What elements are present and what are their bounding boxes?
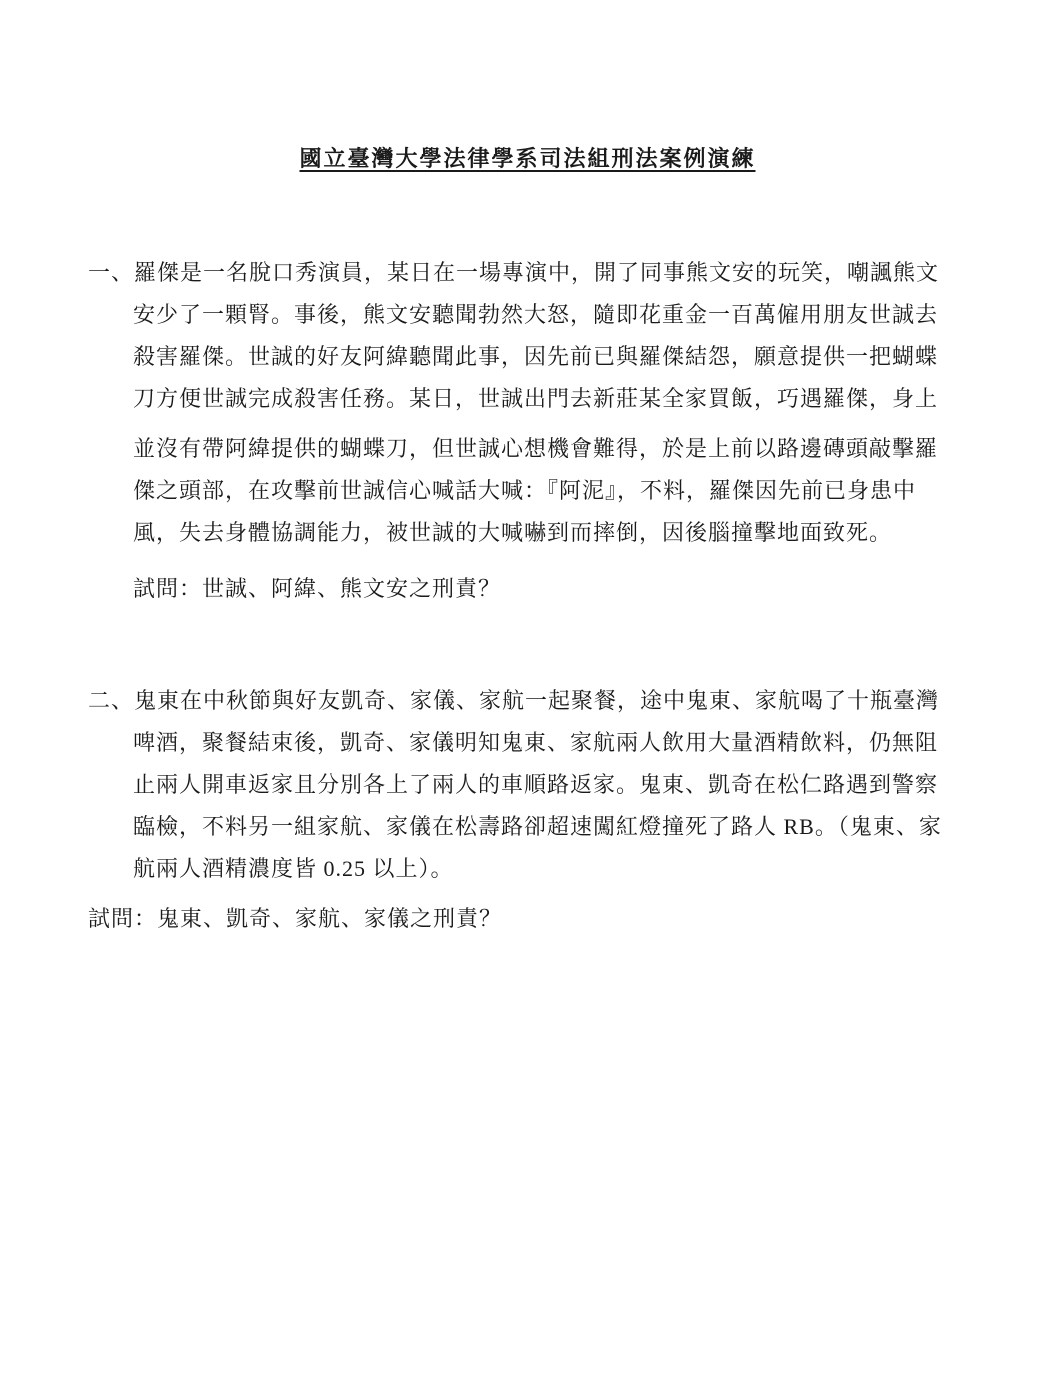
case2-question: 試問：鬼東、凱奇、家航、家儀之刑責？ — [88, 898, 988, 940]
document-page: 國立臺灣大學法律學系司法組刑法案例演練 一、羅傑是一名脫口秀演員，某日在一場專演… — [0, 0, 1055, 1377]
case2-line: 航兩人酒精濃度皆 0.25 以上）。 — [88, 848, 988, 890]
case1-question: 試問：世誠、阿緯、熊文安之刑責？ — [88, 568, 988, 610]
case1-line: 刀方便世誠完成殺害任務。某日，世誠出門去新莊某全家買飯，巧遇羅傑，身上 — [88, 378, 988, 420]
case2-line: 啤酒，聚餐結束後，凱奇、家儀明知鬼東、家航兩人飲用大量酒精飲料，仍無阻 — [88, 722, 988, 764]
case1-line: 並沒有帶阿緯提供的蝴蝶刀，但世誠心想機會難得，於是上前以路邊磚頭敲擊羅 — [88, 428, 988, 470]
document-body: 一、羅傑是一名脫口秀演員，某日在一場專演中，開了同事熊文安的玩笑，嘲諷熊文 安少… — [88, 252, 988, 940]
case1-line: 傑之頭部，在攻擊前世誠信心喊話大喊：『阿泥』，不料，羅傑因先前已身患中 — [88, 470, 988, 512]
case1-line: 殺害羅傑。世誠的好友阿緯聽聞此事，因先前已與羅傑結怨，願意提供一把蝴蝶 — [88, 336, 988, 378]
document-title: 國立臺灣大學法律學系司法組刑法案例演練 — [0, 142, 1055, 173]
case1-line: 風，失去身體協調能力，被世誠的大喊嚇到而摔倒，因後腦撞擊地面致死。 — [88, 512, 988, 554]
case2-line: 臨檢，不料另一組家航、家儀在松壽路卻超速闖紅燈撞死了路人 RB。（鬼東、家 — [88, 806, 988, 848]
case1-line: 安少了一顆腎。事後，熊文安聽聞勃然大怒，隨即花重金一百萬僱用朋友世誠去 — [88, 294, 988, 336]
case2-line: 止兩人開車返家且分別各上了兩人的車順路返家。鬼東、凱奇在松仁路遇到警察 — [88, 764, 988, 806]
case2-line: 二、鬼東在中秋節與好友凱奇、家儀、家航一起聚餐，途中鬼東、家航喝了十瓶臺灣 — [88, 680, 988, 722]
case1-line: 一、羅傑是一名脫口秀演員，某日在一場專演中，開了同事熊文安的玩笑，嘲諷熊文 — [88, 252, 988, 294]
